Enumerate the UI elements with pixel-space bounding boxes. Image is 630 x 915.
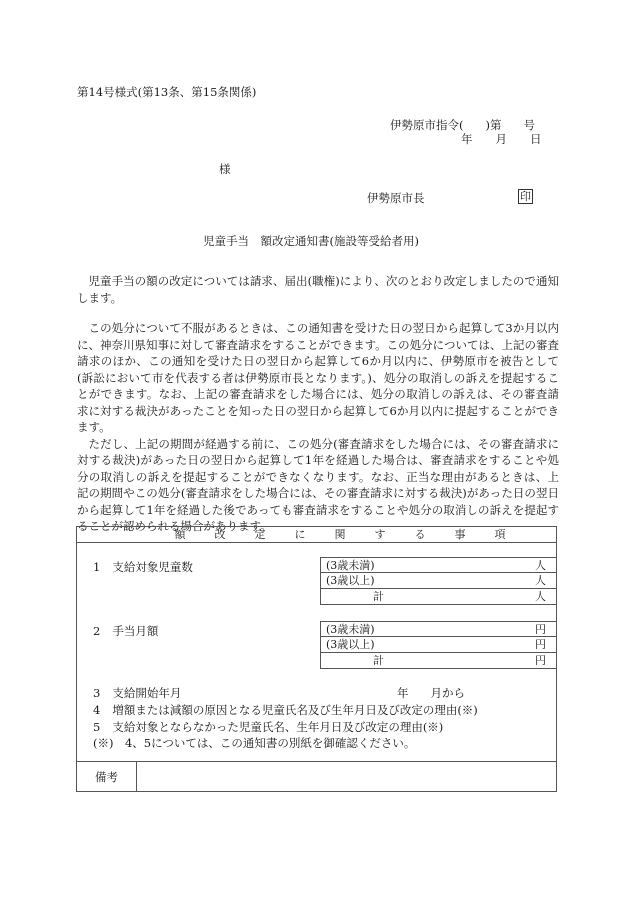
remarks-field[interactable]: [137, 762, 556, 791]
document-title: 児童手当 額改定通知書(施設等受給者用): [203, 233, 419, 249]
form-number: 第14号様式(第13条、第15条関係): [77, 84, 256, 100]
appeal-paragraph-2: ただし、上記の期間が経過する前に、この処分(審査請求をした場合には、その審査請求…: [77, 436, 559, 535]
item1-row-over3: (3歳以上)人: [320, 573, 556, 589]
date-month: 月: [496, 132, 508, 146]
item2-row-over3: (3歳以上)円: [320, 637, 556, 653]
item4-label: 4増額または減額の原因となる児童氏名及び生年月日及び改定の理由(※): [93, 702, 478, 718]
header-divider: [76, 542, 557, 543]
date-year: 年: [461, 132, 473, 146]
appeal-paragraphs: この処分について不服があるときは、この通知書を受けた日の翌日から起算して3か月以…: [77, 320, 559, 535]
reference-mid: )第: [486, 118, 502, 132]
appeal-paragraph-1: この処分について不服があるときは、この通知書を受けた日の翌日から起算して3か月以…: [77, 320, 559, 436]
remarks-label: 備考: [95, 769, 118, 785]
issue-date: 年月日: [461, 131, 542, 147]
intro-paragraph: 児童手当の額の改定については請求、届出(職権)により、次のとおり改定しましたので…: [77, 273, 559, 306]
table-note: (※) 4、5については、この通知書の別紙を御確認ください。: [93, 735, 415, 751]
item5-label: 5支給対象とならなかった児童氏名、生年月日及び改定の理由(※): [93, 719, 443, 735]
item2-row-total: 計円: [320, 653, 556, 669]
item3-date: 年月から: [397, 685, 465, 701]
item1-row-under3: (3歳未満)人: [320, 557, 556, 573]
table-header: 額改定に関する事項: [160, 527, 520, 542]
item3-label: 3支給開始年月: [93, 685, 181, 701]
item2-row-under3: (3歳未満)円: [320, 621, 556, 637]
seal-mark: 印: [518, 189, 533, 204]
issuer-title: 伊勢原市長: [367, 190, 425, 206]
item1-label: 1支給対象児童数: [93, 559, 193, 575]
reference-suffix: 号: [524, 118, 536, 132]
reference-prefix: 伊勢原市指令(: [390, 118, 464, 132]
date-day: 日: [530, 132, 542, 146]
addressee: 様: [219, 161, 231, 177]
item2-label: 2手当月額: [93, 623, 158, 639]
item1-row-total: 計人: [320, 589, 556, 605]
